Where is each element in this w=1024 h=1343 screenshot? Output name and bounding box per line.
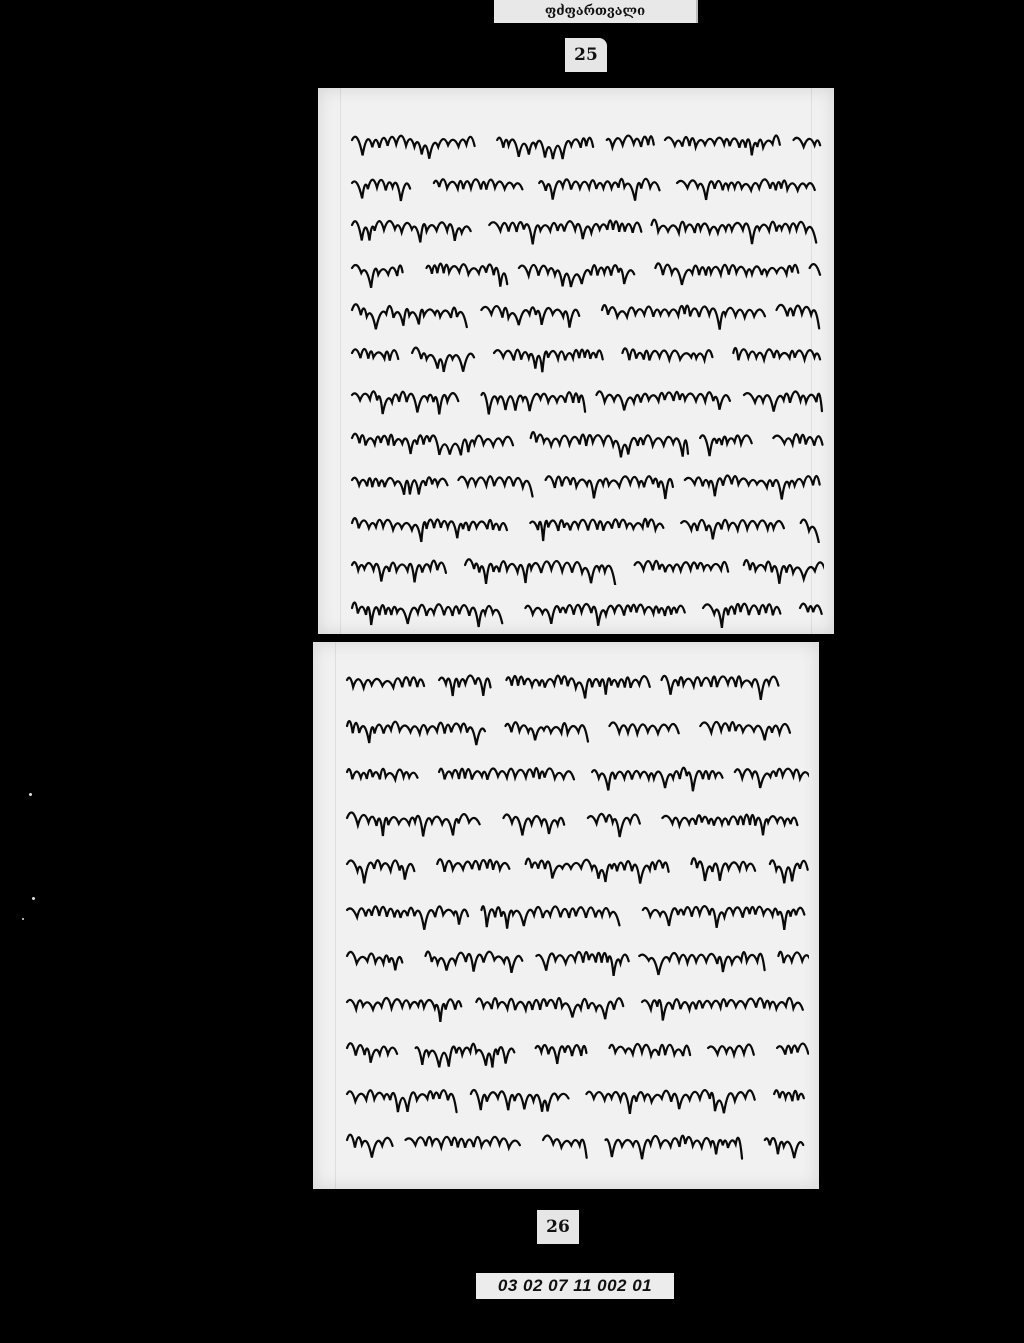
- handwritten-line: [348, 371, 824, 415]
- manuscript-sheet-top: [318, 88, 834, 634]
- handwritten-line: [348, 159, 824, 203]
- handwritten-line: [343, 978, 809, 1022]
- handwritten-line: [348, 286, 824, 330]
- handwritten-line: [348, 329, 824, 373]
- page-number-label: 26: [546, 1217, 570, 1237]
- handwritten-line: [348, 456, 824, 500]
- handwritten-line: [343, 748, 809, 792]
- handwritten-line: [348, 116, 824, 160]
- archive-reference-label: 03 02 07 11 002 01: [476, 1273, 674, 1299]
- handwritten-line: [343, 656, 809, 700]
- page-number-label: 25: [574, 45, 598, 65]
- handwritten-line: [343, 794, 809, 838]
- handwritten-text-block: [318, 88, 834, 634]
- handwritten-text-block: [313, 642, 819, 1189]
- folder-title-strip: ფძფართვალი: [494, 0, 698, 23]
- handwritten-line: [348, 244, 824, 288]
- page-number-26: 26: [537, 1210, 579, 1244]
- manuscript-sheet-bottom: [313, 642, 819, 1189]
- handwritten-line: [343, 1070, 809, 1114]
- handwritten-line: [348, 499, 824, 543]
- handwritten-line: [343, 886, 809, 930]
- page-number-25: 25: [565, 38, 607, 72]
- handwritten-line: [343, 1024, 809, 1068]
- archive-code: 03 02 07 11 002 01: [498, 1276, 652, 1296]
- handwritten-line: [348, 584, 824, 628]
- handwritten-line: [348, 414, 824, 458]
- handwritten-line: [343, 702, 809, 746]
- folder-title: ფძფართვალი: [545, 4, 645, 19]
- handwritten-line: [343, 840, 809, 884]
- handwritten-line: [343, 1116, 809, 1160]
- handwritten-line: [348, 201, 824, 245]
- handwritten-line: [343, 932, 809, 976]
- handwritten-line: [348, 541, 824, 585]
